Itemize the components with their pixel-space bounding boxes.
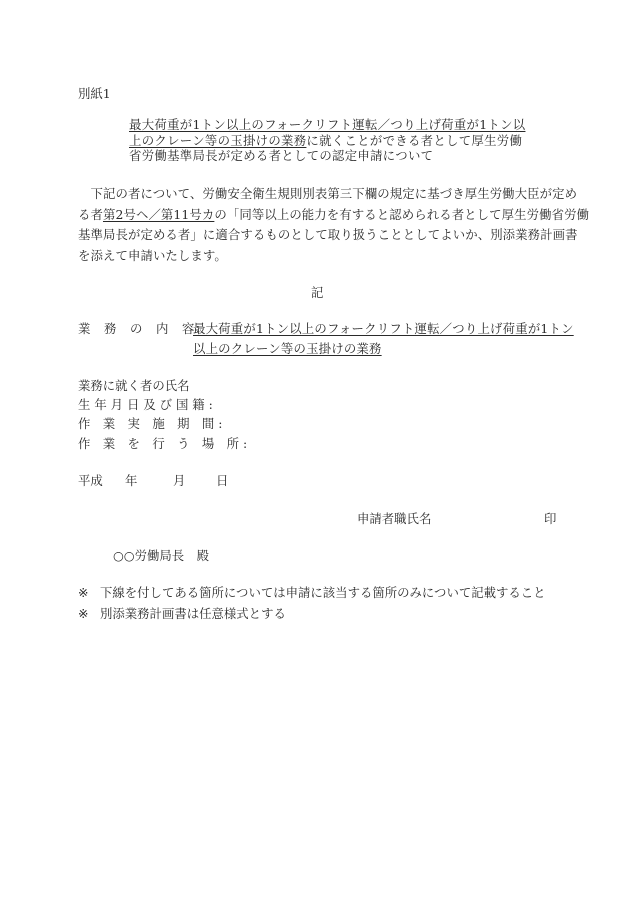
date-line: 平成年月日 xyxy=(78,471,228,489)
field-work-period: 作 業 実 施 期 間 : xyxy=(78,414,247,433)
date-day-label: 日 xyxy=(216,471,228,489)
label-char: 業 xyxy=(78,319,104,337)
body-line-4: を添えて申請いたします。 xyxy=(78,246,589,267)
label-char: の xyxy=(130,319,156,337)
field-worker-name: 業務に就く者の氏名 xyxy=(78,376,247,395)
note-item: ※別添業務計画書は任意様式とする xyxy=(78,604,546,625)
label-char: 内 xyxy=(156,319,182,337)
title-line-2: 上のクレーン等の玉掛けの業務に就くことができる者として厚生労働 xyxy=(129,133,525,149)
seal-mark: 印 xyxy=(544,509,556,527)
field-birthdate-nationality: 生 年 月 日 及 び 国 籍 : xyxy=(78,395,247,414)
title-underlined-text: 上のクレーン等の玉掛けの業務 xyxy=(129,133,306,148)
body-text: の「同等以上の能力を有すると認められる者として厚生労働省労働 xyxy=(214,207,589,222)
date-month-label: 月 xyxy=(173,471,216,489)
applicant-name-label: 申請者職氏名 xyxy=(357,509,431,527)
work-content-value: 最大荷重が1トン以上のフォークリフト運転／つり上げ荷重が1トン 以上のクレーン等… xyxy=(193,319,574,359)
underlined-reference: 第2号ヘ／第11号カ xyxy=(103,207,214,222)
field-work-location: 作 業 を 行 う 場 所 : xyxy=(78,434,247,453)
document-title: 最大荷重が1トン以上のフォークリフト運転／つり上げ荷重が1トン以 上のクレーン等… xyxy=(129,117,525,164)
work-content-line-1: 最大荷重が1トン以上のフォークリフト運転／つり上げ荷重が1トン xyxy=(193,319,574,339)
note-item: ※下線を付してある箇所については申請に該当する箇所のみについて記載すること xyxy=(78,583,546,604)
body-paragraph: 下記の者について、労働安全衛生規則別表第三下欄の規定に基づき厚生労働大臣が定め … xyxy=(78,184,589,266)
note-text: 下線を付してある箇所については申請に該当する箇所のみについて記載すること xyxy=(100,585,546,600)
notes-section: ※下線を付してある箇所については申請に該当する箇所のみについて記載すること ※別… xyxy=(78,583,546,624)
note-text: 別添業務計画書は任意様式とする xyxy=(100,606,286,621)
body-line-1: 下記の者について、労働安全衛生規則別表第三下欄の規定に基づき厚生労働大臣が定め xyxy=(78,184,589,205)
date-year-label: 年 xyxy=(125,471,173,489)
body-line-2: る者第2号ヘ／第11号カの「同等以上の能力を有すると認められる者として厚生労働省… xyxy=(78,205,589,226)
ki-heading: 記 xyxy=(311,283,323,301)
title-line-3: 省労働基準局長が定める者としての認定申請について xyxy=(129,148,525,164)
title-line-1: 最大荷重が1トン以上のフォークリフト運転／つり上げ荷重が1トン以 xyxy=(129,117,525,133)
work-content-line-2: 以上のクレーン等の玉掛けの業務 xyxy=(193,341,382,356)
title-underlined-text: 最大荷重が1トン以上のフォークリフト運転／つり上げ荷重が1トン以 xyxy=(129,117,525,132)
label-char: 務 xyxy=(104,319,130,337)
body-line-3: 基準局長が定める者」に適合するものとして取り扱うこととしてよいか、別添業務計画書 xyxy=(78,225,589,246)
note-mark: ※ xyxy=(78,583,100,604)
title-plain-text: 省労働基準局長が定める者としての認定申請について xyxy=(129,148,433,163)
addressee: ○○労働局長 殿 xyxy=(113,546,209,564)
attachment-label: 別紙1 xyxy=(78,84,111,102)
note-mark: ※ xyxy=(78,604,100,625)
date-era: 平成 xyxy=(78,471,125,489)
applicant-fields: 業務に就く者の氏名 生 年 月 日 及 び 国 籍 : 作 業 実 施 期 間 … xyxy=(78,376,247,453)
title-plain-text: に就くことができる者として厚生労働 xyxy=(306,133,522,148)
work-content-label: 業務の内容： xyxy=(78,319,207,337)
body-text: る者 xyxy=(78,207,103,222)
